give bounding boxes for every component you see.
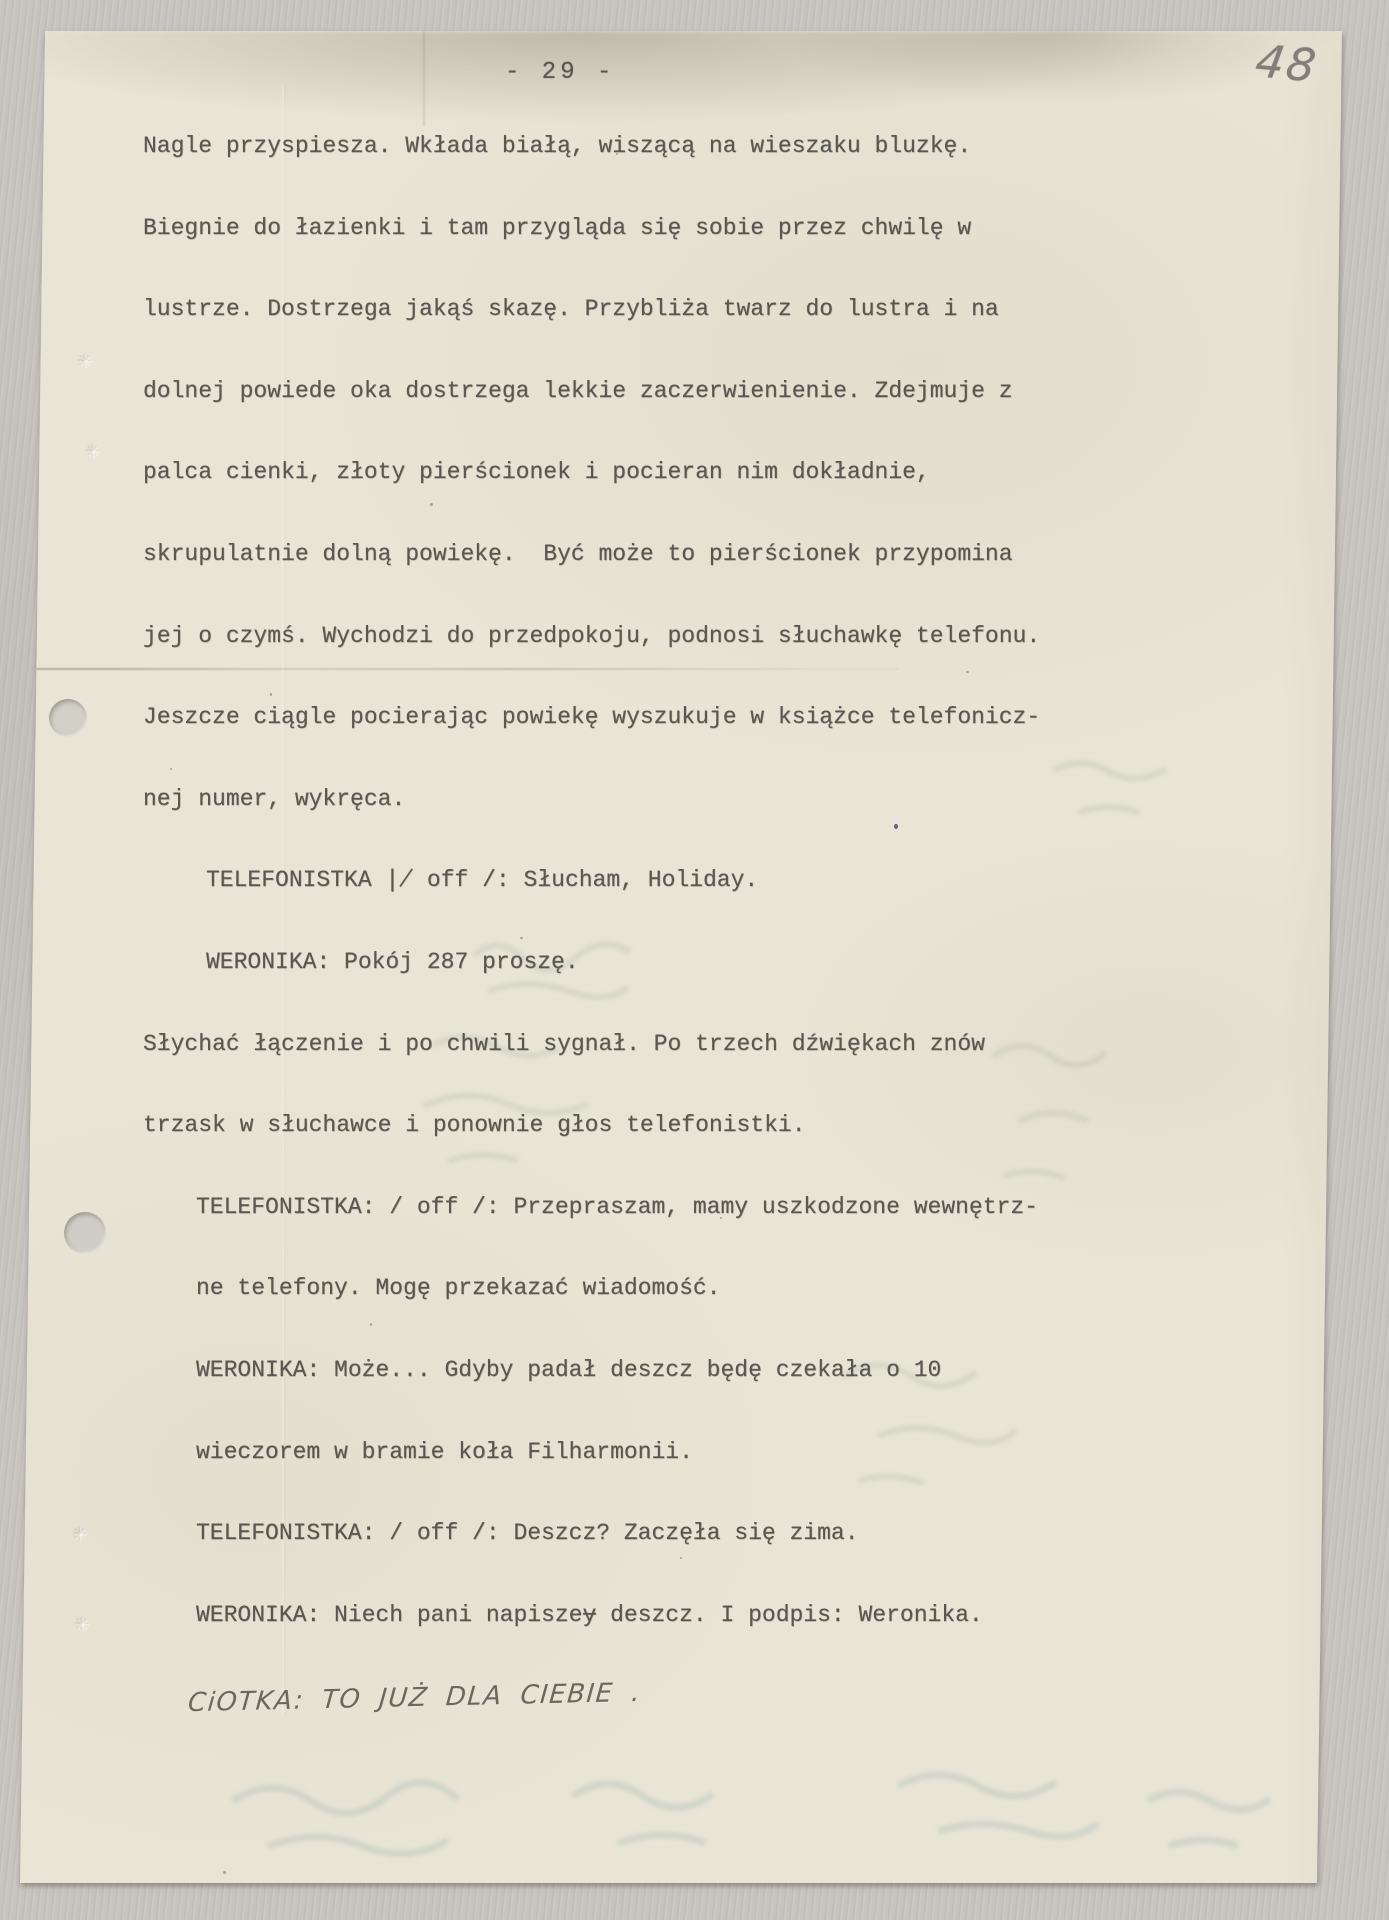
dust-speck <box>966 671 969 673</box>
scanner-background: - 29 - 48 Nagle przyspiesza. Wkłada biał… <box>0 0 1389 1920</box>
typed-line: skrupulatnie dolną powiekę. Być może to … <box>143 514 1253 596</box>
typed-line: WERONIKA: Niech pani napiszeɏ deszcz. I … <box>143 1575 1253 1657</box>
dust-speck <box>223 1871 226 1874</box>
typed-line: Biegnie do łazienki i tam przygląda się … <box>143 188 1253 270</box>
dust-speck <box>430 503 433 506</box>
script-page: - 29 - 48 Nagle przyspiesza. Wkłada biał… <box>18 31 1348 1883</box>
typed-line: TELEFONISTKA: / off /: Deszcz? Zaczęła s… <box>143 1493 1253 1575</box>
typed-line: Jeszcze ciągle pocierając powiekę wyszuk… <box>143 677 1253 759</box>
paper-shadow-wrap: - 29 - 48 Nagle przyspiesza. Wkłada biał… <box>0 0 1389 1920</box>
typed-line: TELEFONISTKA ∤ off /: Słucham, Holiday. <box>143 840 1253 922</box>
hole-punch <box>64 1212 106 1254</box>
dust-speck <box>270 693 272 696</box>
dust-speck <box>616 153 618 155</box>
dust-speck <box>370 1323 372 1326</box>
typed-line: ne telefony. Mogę przekazać wiadomość. <box>143 1248 1253 1330</box>
handwritten-note: CiOTKA: TO JUŻ DLA CIEBIE . <box>187 1678 643 1718</box>
typed-line: Słychać łączenie i po chwili sygnał. Po … <box>143 1004 1253 1086</box>
typed-line: WERONIKA: Pokój 287 proszę. <box>143 922 1253 1004</box>
ink-speck <box>894 824 898 829</box>
dust-speck <box>170 768 172 770</box>
typed-line: palca cienki, złoty pierścionek i pocier… <box>143 432 1253 514</box>
dust-speck <box>520 937 523 939</box>
emboss-mark <box>80 439 106 465</box>
handwritten-sheet-number: 48 <box>1252 35 1321 93</box>
typed-line: nej numer, wykręca. <box>143 759 1253 841</box>
page-number: - 29 - <box>505 59 615 86</box>
typed-line: dolnej powiede oka dostrzega lekkie zacz… <box>143 351 1253 433</box>
typed-line: wieczorem w bramie koła Filharmonii. <box>143 1412 1253 1494</box>
typed-line: trzask w słuchawce i ponownie głos telef… <box>143 1085 1253 1167</box>
hole-punch <box>49 699 87 737</box>
emboss-mark <box>72 349 98 375</box>
typed-text-block: Nagle przyspiesza. Wkłada białą, wiszącą… <box>143 106 1253 1656</box>
dust-speck <box>720 1217 722 1219</box>
emboss-mark <box>67 1522 93 1548</box>
typed-line: jej o czymś. Wychodzi do przedpokoju, po… <box>143 596 1253 678</box>
dust-speck <box>680 1557 682 1559</box>
typed-line: lustrze. Dostrzega jakąś skazę. Przybliż… <box>143 269 1253 351</box>
typed-line: WERONIKA: Może... Gdyby padał deszcz będ… <box>143 1330 1253 1412</box>
typed-line: TELEFONISTKA: / off /: Przepraszam, mamy… <box>143 1167 1253 1249</box>
emboss-mark <box>69 1612 95 1638</box>
typed-line: Nagle przyspiesza. Wkłada białą, wiszącą… <box>143 106 1253 188</box>
